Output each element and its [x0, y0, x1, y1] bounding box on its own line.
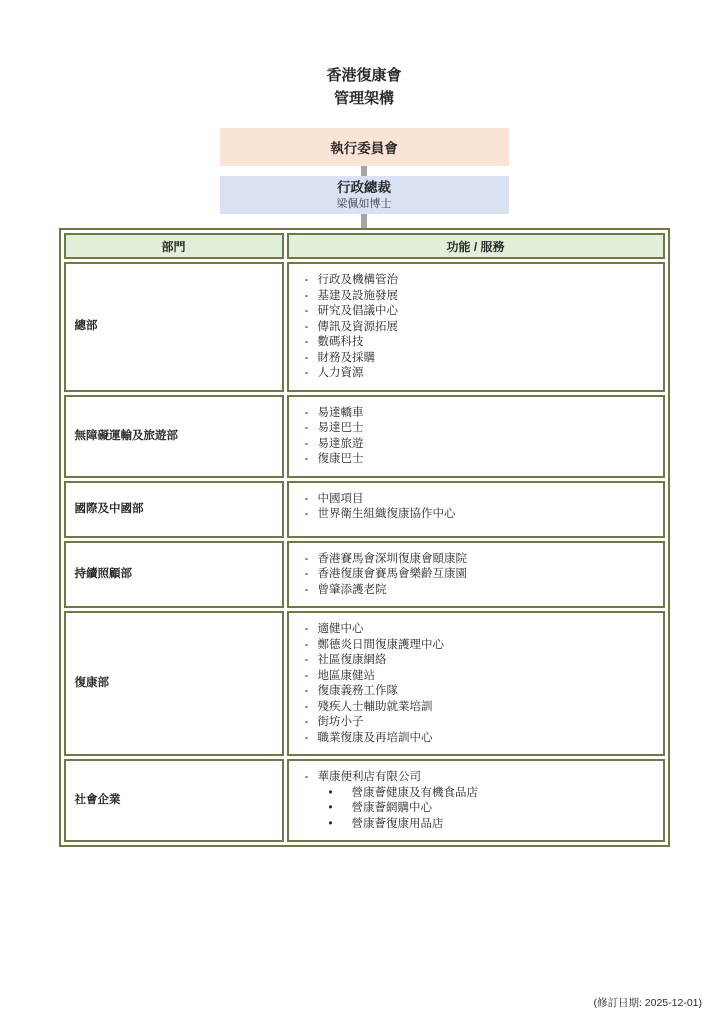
function-item-text: 研究及倡議中心: [318, 304, 399, 320]
function-list: -易達轎車-易達巴士-易達旅遊-復康巴士: [287, 395, 665, 478]
function-list: -行政及機構管治-基建及設施發展-研究及倡議中心-傳訊及資源拓展-數碼科技-財務…: [287, 262, 665, 392]
function-item: -數碼科技: [305, 335, 655, 351]
dash-marker: -: [305, 452, 318, 468]
dash-marker: -: [305, 770, 318, 786]
page-subtitle: 管理架構: [0, 87, 728, 110]
dash-marker: -: [305, 700, 318, 716]
dash-marker: -: [305, 273, 318, 289]
table-row: 國際及中國部-中國項目-世界衛生組織復康協作中心: [64, 481, 665, 538]
function-item: •營康薈健康及有機食品店: [305, 786, 655, 802]
function-item: -職業復康及再培訓中心: [305, 731, 655, 747]
dash-marker: -: [305, 421, 318, 437]
dash-marker: -: [305, 492, 318, 508]
function-item-text: 易達轎車: [318, 406, 364, 422]
dash-marker: -: [305, 669, 318, 685]
department-name: 復康部: [64, 611, 284, 756]
bullet-marker: •: [329, 786, 352, 802]
department-name: 無障礙運輸及旅遊部: [64, 395, 284, 478]
function-item-text: 傳訊及資源拓展: [318, 320, 399, 336]
page-title-block: 香港復康會 管理架構: [0, 0, 728, 110]
function-item-text: 易達旅遊: [318, 437, 364, 453]
function-item: -傳訊及資源拓展: [305, 320, 655, 336]
ceo-name: 梁佩如博士: [337, 197, 392, 211]
function-item-text: 中國項目: [318, 492, 364, 508]
function-item-text: 香港復康會賽馬會樂齡互康園: [318, 567, 468, 583]
function-item: -香港復康會賽馬會樂齡互康園: [305, 567, 655, 583]
function-item: -世界衛生組織復康協作中心: [305, 507, 655, 523]
executive-committee-box: 執行委員會: [220, 128, 509, 166]
dash-marker: -: [305, 567, 318, 583]
function-item: -易達旅遊: [305, 437, 655, 453]
department-name: 社會企業: [64, 759, 284, 842]
function-item: -曾肇添護老院: [305, 583, 655, 599]
ceo-box: 行政總裁 梁佩如博士: [220, 176, 509, 214]
function-item: -行政及機構管治: [305, 273, 655, 289]
function-item-text: 財務及採購: [318, 351, 376, 367]
function-item: -復康義務工作隊: [305, 684, 655, 700]
function-item-text: 適健中心: [318, 622, 364, 638]
function-item-text: 營康薈復康用品店: [352, 817, 444, 833]
function-item: -財務及採購: [305, 351, 655, 367]
function-item-text: 世界衛生組織復康協作中心: [318, 507, 456, 523]
function-item: -地區康健站: [305, 669, 655, 685]
revision-date: (修訂日期: 2025-12-01): [593, 995, 702, 1010]
department-name: 國際及中國部: [64, 481, 284, 538]
function-item-text: 基建及設施發展: [318, 289, 399, 305]
dash-marker: -: [305, 289, 318, 305]
dash-marker: -: [305, 684, 318, 700]
dash-marker: -: [305, 366, 318, 382]
function-item-text: 復康義務工作隊: [318, 684, 399, 700]
table-row: 總部-行政及機構管治-基建及設施發展-研究及倡議中心-傳訊及資源拓展-數碼科技-…: [64, 262, 665, 392]
dash-marker: -: [305, 406, 318, 422]
function-item: -適健中心: [305, 622, 655, 638]
function-item-text: 職業復康及再培訓中心: [318, 731, 433, 747]
table-header-row: 部門 功能 / 服務: [64, 233, 665, 259]
table-row: 無障礙運輸及旅遊部-易達轎車-易達巴士-易達旅遊-復康巴士: [64, 395, 665, 478]
function-item-text: 街坊小子: [318, 715, 364, 731]
dash-marker: -: [305, 351, 318, 367]
function-item: -鄭德炎日間復康護理中心: [305, 638, 655, 654]
function-item: -香港賽馬會深圳復康會頤康院: [305, 552, 655, 568]
department-name: 持續照顧部: [64, 541, 284, 609]
function-item-text: 鄭德炎日間復康護理中心: [318, 638, 445, 654]
function-item-text: 地區康健站: [318, 669, 376, 685]
function-item-text: 易達巴士: [318, 421, 364, 437]
function-item-text: 營康薈網購中心: [352, 801, 433, 817]
function-item: -社區復康網絡: [305, 653, 655, 669]
org-chart: 執行委員會 行政總裁 梁佩如博士: [220, 128, 509, 228]
function-list: -適健中心-鄭德炎日間復康護理中心-社區復康網絡-地區康健站-復康義務工作隊-殘…: [287, 611, 665, 756]
function-item: -易達轎車: [305, 406, 655, 422]
department-name: 總部: [64, 262, 284, 392]
function-item: -易達巴士: [305, 421, 655, 437]
function-item: •營康薈網購中心: [305, 801, 655, 817]
functions-column-header: 功能 / 服務: [287, 233, 665, 259]
dash-marker: -: [305, 304, 318, 320]
table-row: 持續照顧部-香港賽馬會深圳復康會頤康院-香港復康會賽馬會樂齡互康園-曾肇添護老院: [64, 541, 665, 609]
function-item: -街坊小子: [305, 715, 655, 731]
function-item-text: 社區復康網絡: [318, 653, 387, 669]
function-item-text: 香港賽馬會深圳復康會頤康院: [318, 552, 468, 568]
dash-marker: -: [305, 320, 318, 336]
page-title: 香港復康會: [0, 64, 728, 87]
function-item-text: 華康便利店有限公司: [318, 770, 422, 786]
function-list: -中國項目-世界衛生組織復康協作中心: [287, 481, 665, 538]
connector-line: [361, 166, 367, 176]
function-item-text: 人力資源: [318, 366, 364, 382]
dash-marker: -: [305, 335, 318, 351]
dash-marker: -: [305, 437, 318, 453]
function-list: -華康便利店有限公司•營康薈健康及有機食品店•營康薈網購中心•營康薈復康用品店: [287, 759, 665, 842]
connector-line: [361, 214, 367, 228]
table-row: 復康部-適健中心-鄭德炎日間復康護理中心-社區復康網絡-地區康健站-復康義務工作…: [64, 611, 665, 756]
function-item: -研究及倡議中心: [305, 304, 655, 320]
bullet-marker: •: [329, 817, 352, 833]
table-row: 社會企業-華康便利店有限公司•營康薈健康及有機食品店•營康薈網購中心•營康薈復康…: [64, 759, 665, 842]
function-item: -人力資源: [305, 366, 655, 382]
ceo-title: 行政總裁: [337, 179, 391, 197]
dash-marker: -: [305, 552, 318, 568]
dash-marker: -: [305, 653, 318, 669]
departments-table: 部門 功能 / 服務 總部-行政及機構管治-基建及設施發展-研究及倡議中心-傳訊…: [59, 228, 670, 847]
dash-marker: -: [305, 715, 318, 731]
function-list: -香港賽馬會深圳復康會頤康院-香港復康會賽馬會樂齡互康園-曾肇添護老院: [287, 541, 665, 609]
dash-marker: -: [305, 731, 318, 747]
function-item-text: 數碼科技: [318, 335, 364, 351]
function-item-text: 曾肇添護老院: [318, 583, 387, 599]
dash-marker: -: [305, 507, 318, 523]
function-item-text: 行政及機構管治: [318, 273, 399, 289]
function-item-text: 殘疾人士輔助就業培訓: [318, 700, 433, 716]
function-item: -中國項目: [305, 492, 655, 508]
executive-committee-label: 執行委員會: [330, 137, 398, 157]
function-item: -殘疾人士輔助就業培訓: [305, 700, 655, 716]
function-item: •營康薈復康用品店: [305, 817, 655, 833]
dash-marker: -: [305, 622, 318, 638]
function-item: -復康巴士: [305, 452, 655, 468]
dash-marker: -: [305, 583, 318, 599]
dash-marker: -: [305, 638, 318, 654]
department-column-header: 部門: [64, 233, 284, 259]
function-item: -華康便利店有限公司: [305, 770, 655, 786]
function-item-text: 復康巴士: [318, 452, 364, 468]
bullet-marker: •: [329, 801, 352, 817]
function-item: -基建及設施發展: [305, 289, 655, 305]
function-item-text: 營康薈健康及有機食品店: [352, 786, 479, 802]
